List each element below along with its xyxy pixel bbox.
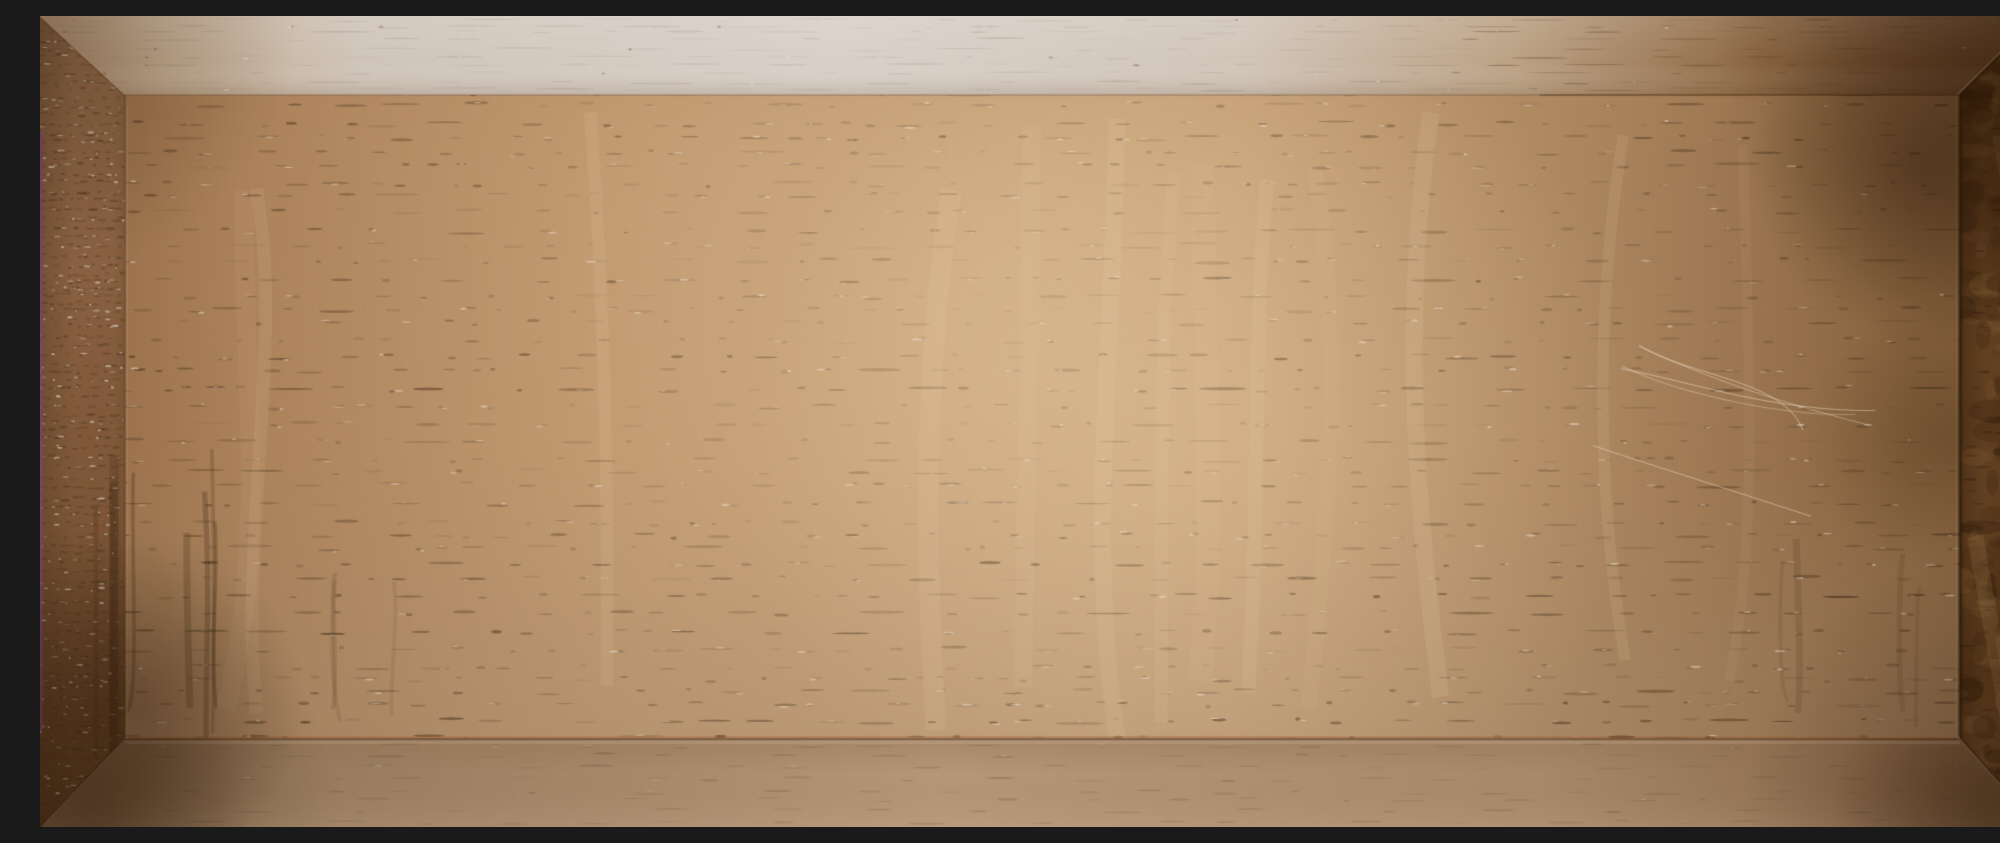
- wood-texture-canvas: [40, 16, 2000, 827]
- wood-tray-photograph: [40, 16, 2000, 827]
